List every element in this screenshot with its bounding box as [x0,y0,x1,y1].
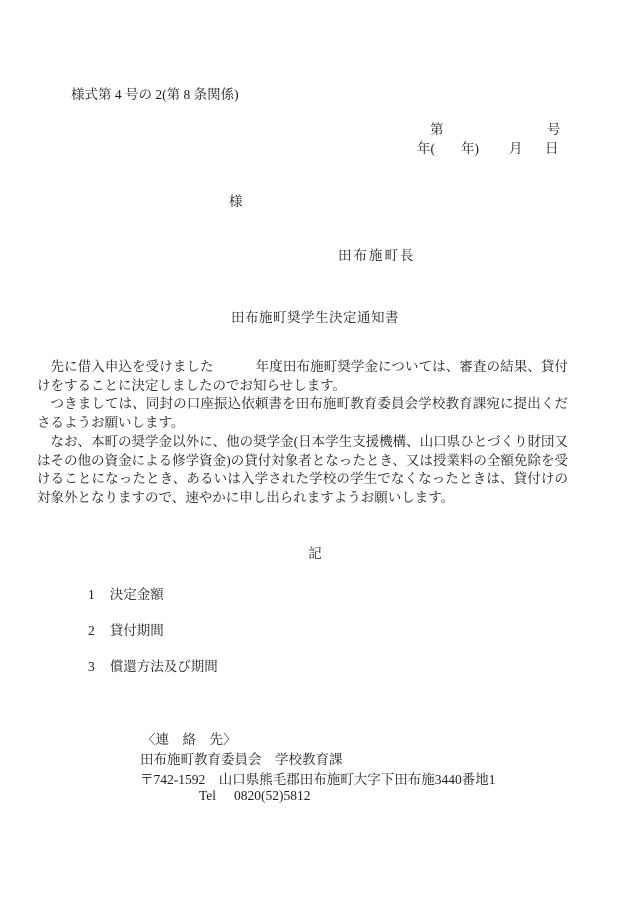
sender-title: 田布施町長 [338,244,416,264]
item-number: 3 [88,659,95,674]
addressee-suffix: 様 [229,190,243,210]
item-label: 貸付期間 [110,623,164,638]
contact-telephone: Tel0820(52)5812 [199,788,311,804]
date-year-open: 年( [417,137,435,157]
paragraph-1: 先に借入申込を受けました年度田布施町奨学金については、審査の結果、貸付けをするこ… [37,358,568,395]
item-number: 1 [88,587,95,602]
list-item-repayment: 3償還方法及び期間 [88,655,218,675]
date-year-close: 年) [461,137,479,157]
document-title: 田布施町奨学生決定通知書 [0,306,630,326]
tel-label: Tel [199,788,216,803]
contact-organization: 田布施町教育委員会 学校教育課 [140,748,343,768]
body-text: 先に借入申込を受けました年度田布施町奨学金については、審査の結果、貸付けをするこ… [37,358,568,508]
paragraph-2: つきましては、同封の口座振込依頼書を田布施町教育委員会学校教育課宛に提出くださる… [37,395,568,432]
item-label: 決定金額 [110,587,164,602]
list-item-loan-period: 2貸付期間 [88,619,164,639]
item-label: 償還方法及び期間 [110,659,218,674]
tel-number: 0820(52)5812 [234,788,311,803]
contact-heading: 〈連 絡 先〉 [142,728,237,748]
paragraph-3: なお、本町の奨学金以外に、他の奨学金(日本学生支援機構、山口県ひとづくり財団又は… [37,433,568,508]
doc-number-suffix: 号 [547,118,561,138]
item-number: 2 [88,623,95,638]
document-page: 様式第 4 号の 2(第 8 条関係) 第 号 年( 年) 月 日 様 田布施町… [0,0,630,903]
paragraph-1-before-blank: 先に借入申込を受けました [51,359,214,374]
list-item-decision-amount: 1決定金額 [88,583,164,603]
ki-marker: 記 [0,542,630,562]
doc-number-prefix: 第 [430,118,444,138]
date-month: 月 [509,137,523,157]
date-day: 日 [545,137,559,157]
form-code: 様式第 4 号の 2(第 8 条関係) [71,83,239,103]
contact-address: 〒742-1592 山口県熊毛郡田布施町大字下田布施3440番地1 [140,768,496,788]
